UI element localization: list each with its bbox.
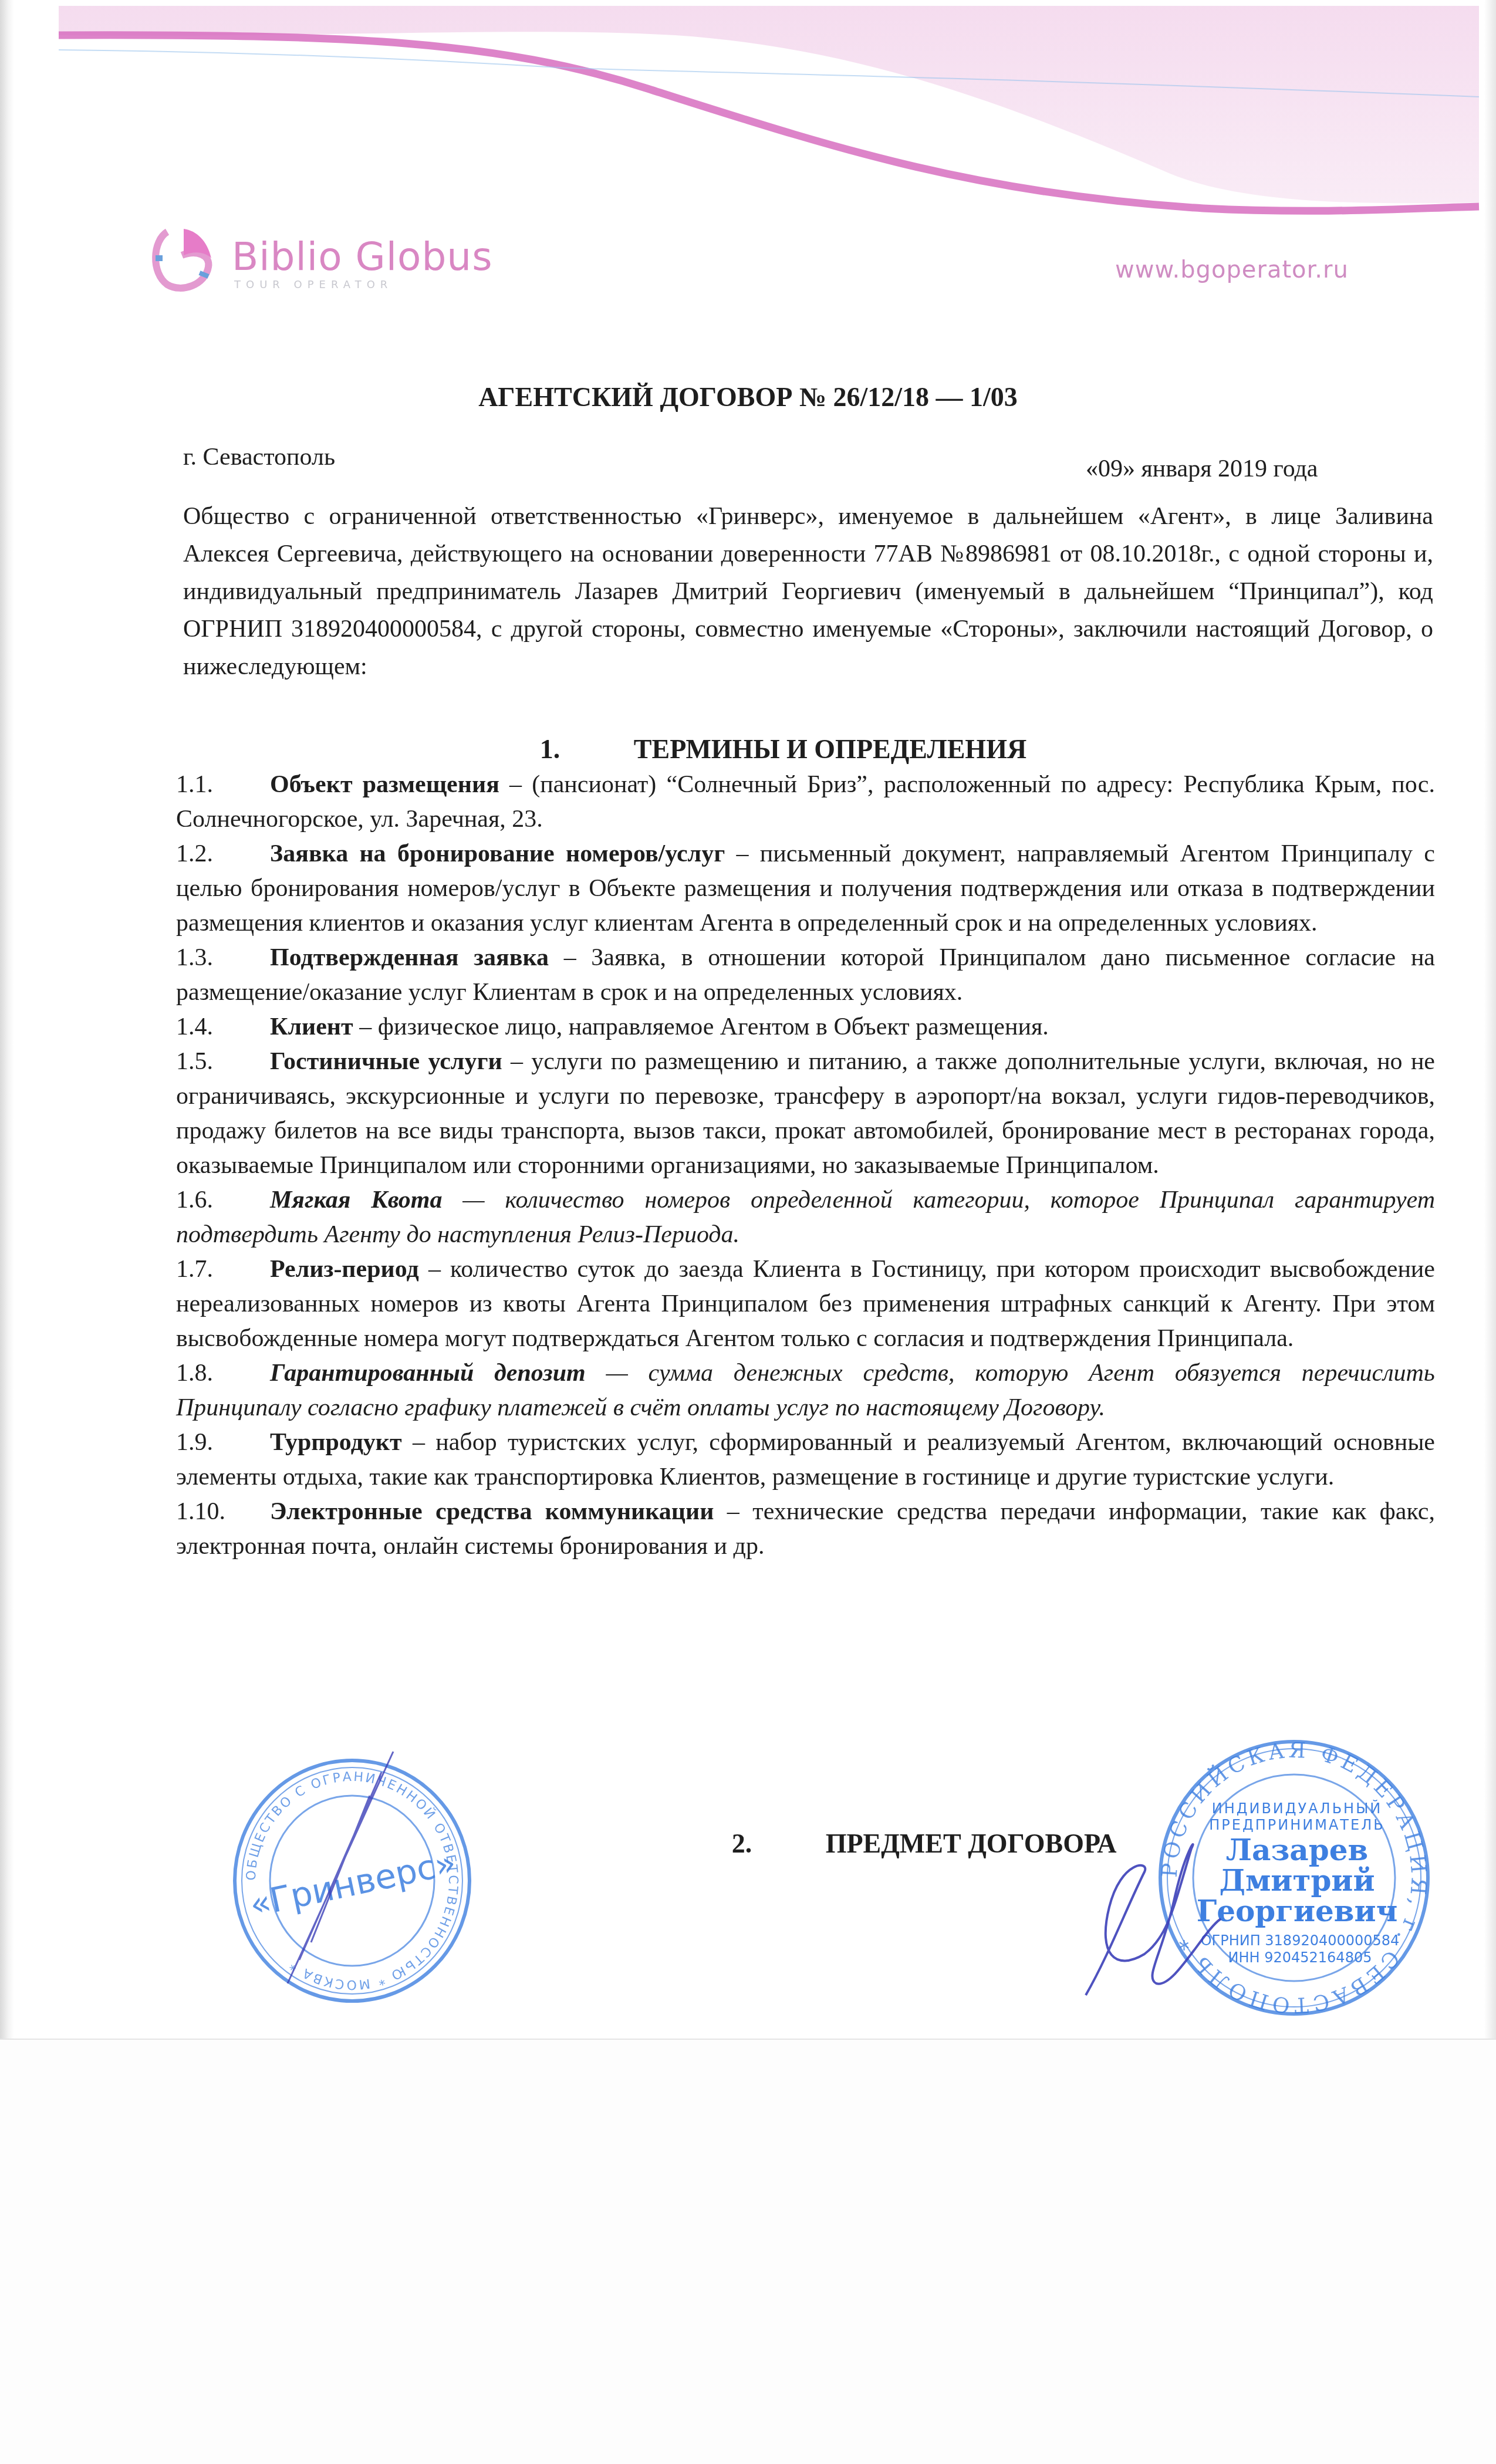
definition-item: 1.1.Объект размещения – (пансионат) “Сол… bbox=[176, 768, 1435, 837]
item-number: 1.1. bbox=[176, 768, 270, 802]
brand-subtitle: TOUR OPERATOR bbox=[234, 279, 393, 291]
item-number: 1.8. bbox=[176, 1356, 270, 1391]
definition-item: 1.4.Клиент – физическое лицо, направляем… bbox=[176, 1010, 1435, 1045]
item-term: Клиент bbox=[270, 1013, 353, 1040]
scan-bottom-edge bbox=[0, 2039, 1496, 2040]
item-term: Объект размещения bbox=[270, 771, 499, 798]
item-term: Заявка на бронирование номеров/услуг bbox=[270, 840, 725, 867]
signature-principal bbox=[1074, 1837, 1250, 2001]
item-number: 1.6. bbox=[176, 1183, 270, 1218]
section-number: 1. bbox=[540, 734, 634, 765]
section-title: ПРЕДМЕТ ДОГОВОРА bbox=[826, 1828, 1117, 1858]
document-date: «09» января 2019 года bbox=[1086, 455, 1318, 483]
item-term: Гостиничные услуги bbox=[270, 1048, 502, 1075]
item-term: Релиз-период bbox=[270, 1256, 419, 1283]
document-city: г. Севастополь bbox=[183, 443, 335, 471]
item-number: 1.7. bbox=[176, 1252, 270, 1287]
item-term: Турпродукт bbox=[270, 1429, 402, 1456]
item-number: 1.5. bbox=[176, 1045, 270, 1079]
item-number: 1.3. bbox=[176, 941, 270, 975]
scan-edge-right bbox=[1484, 0, 1496, 2039]
definition-item: 1.6.Мягкая Квота — количество номеров оп… bbox=[176, 1183, 1435, 1252]
biblio-globus-logo-icon bbox=[150, 226, 217, 293]
scan-edge-left bbox=[0, 0, 14, 2039]
definition-item: 1.10.Электронные средства коммуникации –… bbox=[176, 1495, 1435, 1564]
item-term: Подтвержденная заявка bbox=[270, 944, 549, 971]
item-term: Гарантированный депозит bbox=[270, 1360, 586, 1387]
item-number: 1.9. bbox=[176, 1425, 270, 1460]
definition-item: 1.2.Заявка на бронирование номеров/услуг… bbox=[176, 837, 1435, 941]
brand-logo: Biblio Globus TOUR OPERATOR bbox=[150, 226, 502, 296]
section-heading-terms: 1.ТЕРМИНЫ И ОПРЕДЕЛЕНИЯ bbox=[35, 734, 1496, 765]
definitions-list: 1.1.Объект размещения – (пансионат) “Сол… bbox=[176, 768, 1435, 1564]
scanned-page: Biblio Globus TOUR OPERATOR www.bgoperat… bbox=[0, 0, 1496, 2039]
section-title: ТЕРМИНЫ И ОПРЕДЕЛЕНИЯ bbox=[634, 734, 1026, 764]
item-term: Электронные средства коммуникации bbox=[270, 1498, 714, 1525]
item-term: Мягкая Квота bbox=[270, 1187, 443, 1214]
definition-item: 1.5.Гостиничные услуги – услуги по разме… bbox=[176, 1045, 1435, 1183]
letterhead-wave-decoration bbox=[0, 0, 1496, 217]
definition-item: 1.7.Релиз-период – количество суток до з… bbox=[176, 1252, 1435, 1356]
stamp-line2: ПРЕДПРИНИМАТЕЛЬ bbox=[1209, 1817, 1384, 1833]
stamp-line1: ИНДИВИДУАЛЬНЫЙ bbox=[1212, 1800, 1383, 1817]
definition-item: 1.9.Турпродукт – набор туристских услуг,… bbox=[176, 1425, 1435, 1495]
definition-item: 1.3.Подтвержденная заявка – Заявка, в от… bbox=[176, 941, 1435, 1010]
document-title: АГЕНТСКИЙ ДОГОВОР № 26/12/18 — 1/03 bbox=[0, 381, 1496, 413]
website-link: www.bgoperator.ru bbox=[1115, 256, 1349, 283]
signature-agent bbox=[276, 1749, 405, 1995]
item-number: 1.4. bbox=[176, 1010, 270, 1045]
section-number: 2. bbox=[732, 1828, 826, 1859]
item-number: 1.10. bbox=[176, 1495, 270, 1529]
definition-item: 1.8.Гарантированный депозит — сумма дене… bbox=[176, 1356, 1435, 1425]
item-text: – физическое лицо, направляемое Агентом … bbox=[353, 1013, 1049, 1040]
preamble-paragraph: Общество с ограниченной ответственностью… bbox=[183, 498, 1433, 685]
item-number: 1.2. bbox=[176, 837, 270, 871]
brand-name: Biblio Globus bbox=[232, 234, 493, 279]
